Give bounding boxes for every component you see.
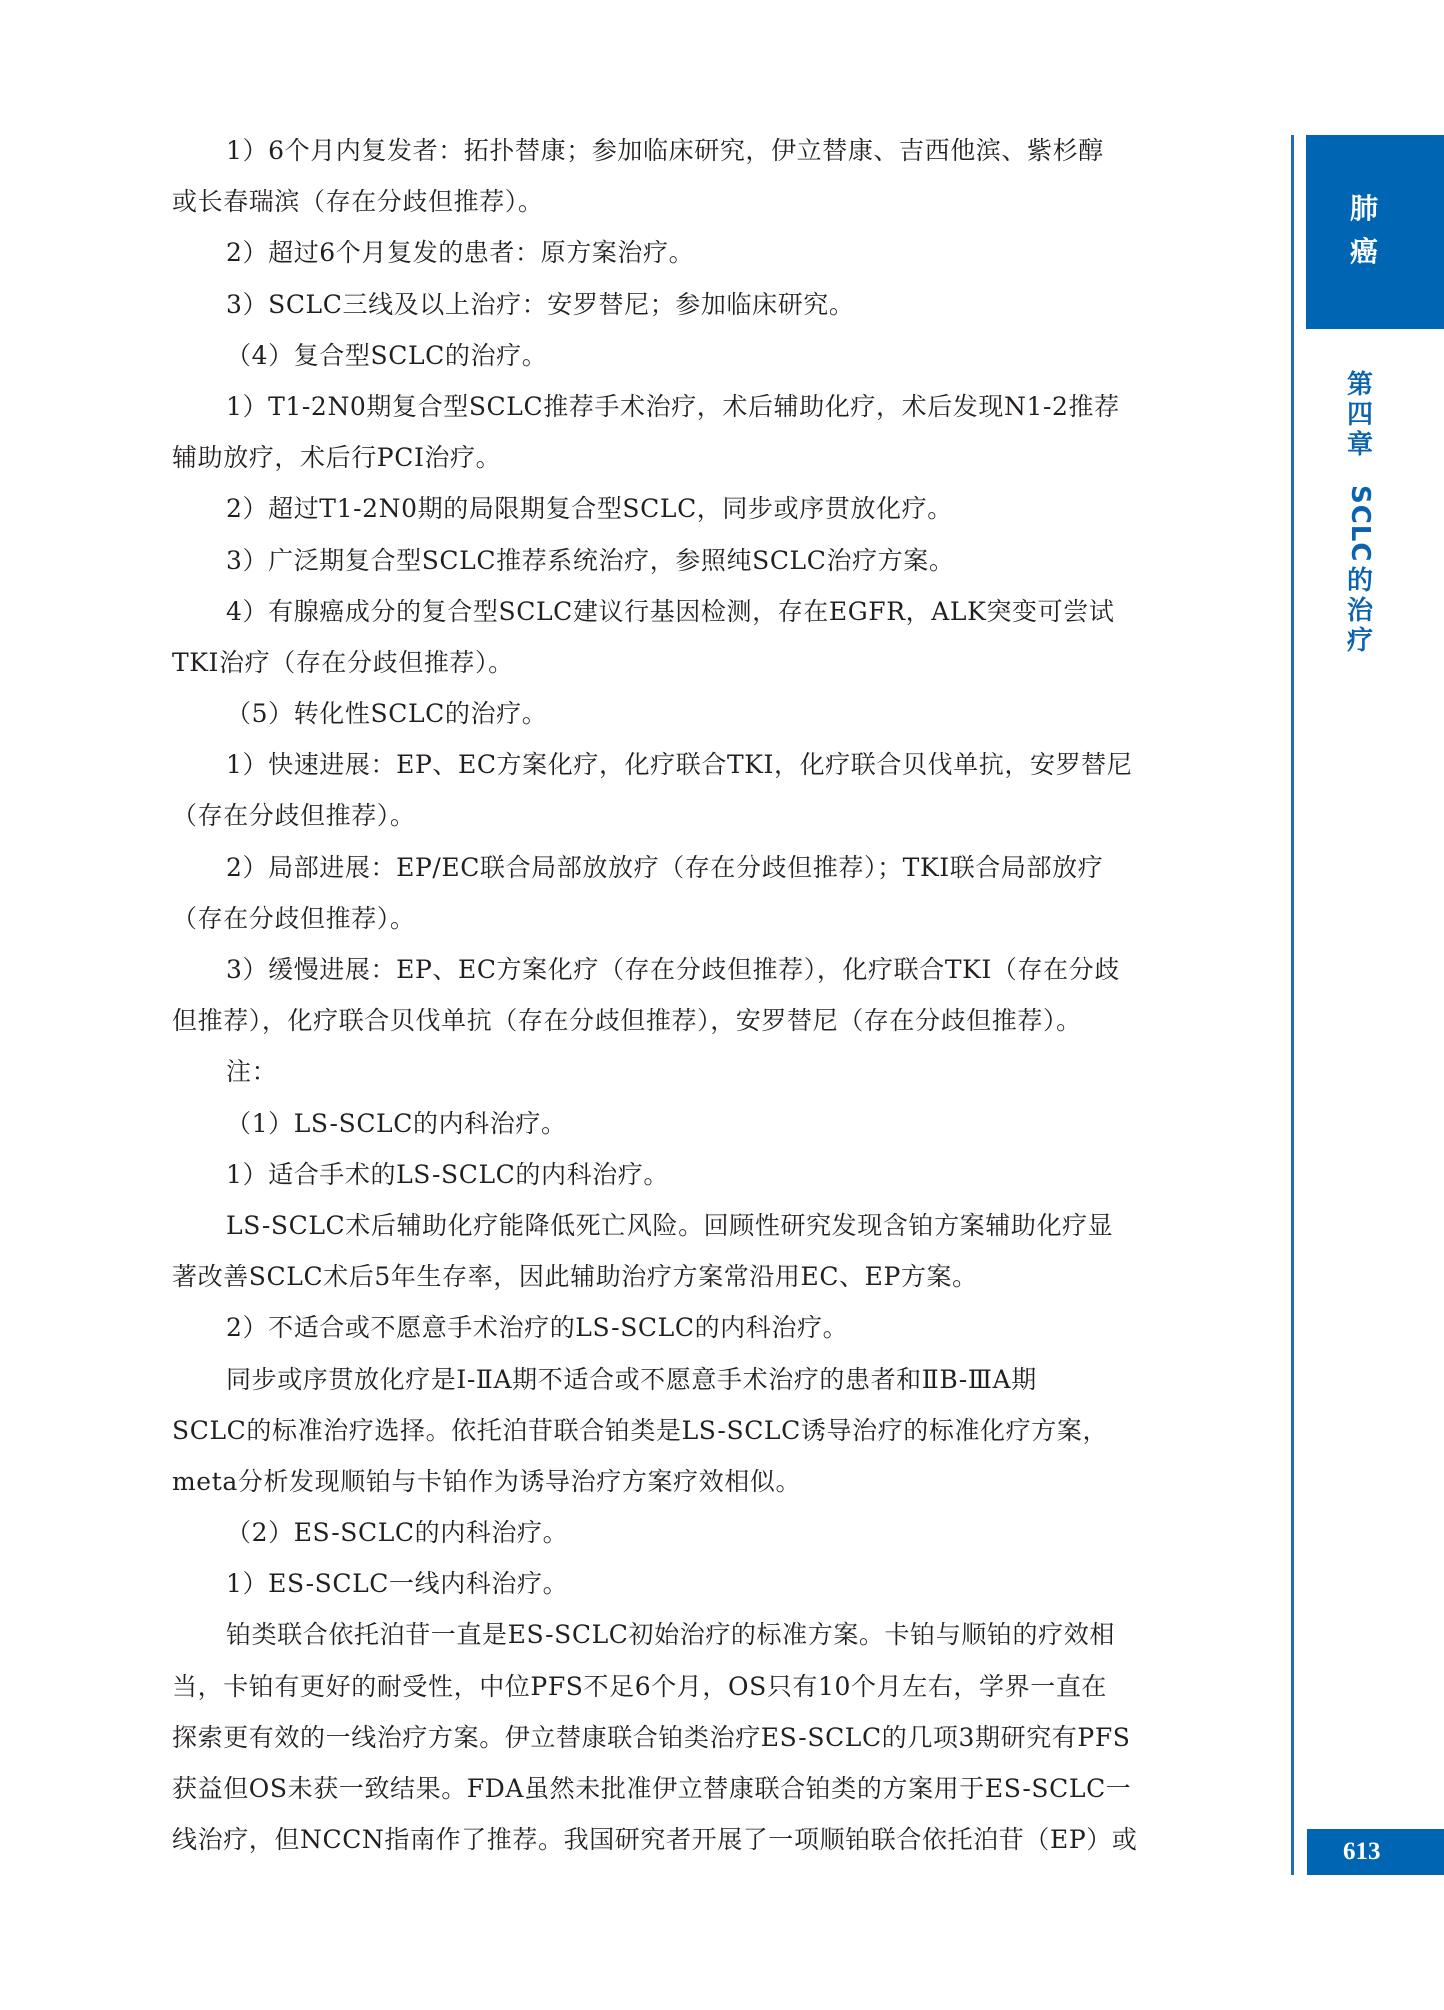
subsection-heading: 2）不适合或不愿意手术治疗的LS-SCLC的内科治疗。 bbox=[172, 1302, 1202, 1353]
section-tab-char: 肺 bbox=[1344, 187, 1384, 227]
paragraph-line: （存在分歧但推荐）。 bbox=[172, 893, 1202, 944]
paragraph-line: 获益但OS未获一致结果。FDA虽然未批准伊立替康联合铂类的方案用于ES-SCLC… bbox=[172, 1763, 1202, 1814]
page-number: 613 bbox=[1343, 1829, 1381, 1875]
chapter-char: 章 bbox=[1340, 430, 1380, 460]
body-text: 1）6个月内复发者：拓扑替康；参加临床研究，伊立替康、吉西他滨、紫杉醇 或长春瑞… bbox=[172, 125, 1202, 1865]
paragraph-line: 或长春瑞滨（存在分歧但推荐）。 bbox=[172, 176, 1202, 227]
paragraph-line: 铂类联合依托泊苷一直是ES-SCLC初始治疗的标准方案。卡铂与顺铂的疗效相 bbox=[172, 1609, 1202, 1660]
paragraph-line: 探索更有效的一线治疗方案。伊立替康联合铂类治疗ES-SCLC的几项3期研究有PF… bbox=[172, 1712, 1202, 1763]
section-heading: （2）ES-SCLC的内科治疗。 bbox=[172, 1507, 1202, 1558]
chapter-char: 四 bbox=[1340, 400, 1380, 430]
note-label: 注： bbox=[172, 1046, 1202, 1097]
section-tab-char: 癌 bbox=[1344, 230, 1384, 270]
section-heading: （1）LS-SCLC的内科治疗。 bbox=[172, 1098, 1202, 1149]
paragraph-line: 4）有腺癌成分的复合型SCLC建议行基因检测，存在EGFR，ALK突变可尝试 bbox=[172, 586, 1202, 637]
chapter-latin: SCLC bbox=[1340, 482, 1380, 566]
paragraph-line: LS-SCLC术后辅助化疗能降低死亡风险。回顾性研究发现含铂方案辅助化疗显 bbox=[172, 1200, 1202, 1251]
paragraph-line: 3）缓慢进展：EP、EC方案化疗（存在分歧但推荐），化疗联合TKI（存在分歧 bbox=[172, 944, 1202, 995]
paragraph-line: 同步或序贯放化疗是Ⅰ-ⅡA期不适合或不愿意手术治疗的患者和ⅡB-ⅢA期 bbox=[172, 1354, 1202, 1405]
paragraph-line: 2）超过6个月复发的患者：原方案治疗。 bbox=[172, 227, 1202, 278]
paragraph-line: 著改善SCLC术后5年生存率，因此辅助治疗方案常沿用EC、EP方案。 bbox=[172, 1251, 1202, 1302]
paragraph-line: 2）超过T1-2N0期的局限期复合型SCLC，同步或序贯放化疗。 bbox=[172, 483, 1202, 534]
chapter-char: 第 bbox=[1340, 370, 1380, 400]
paragraph-line: 1）快速进展：EP、EC方案化疗，化疗联合TKI，化疗联合贝伐单抗，安罗替尼 bbox=[172, 739, 1202, 790]
paragraph-line: 线治疗，但NCCN指南作了推荐。我国研究者开展了一项顺铂联合依托泊苷（EP）或 bbox=[172, 1814, 1202, 1865]
section-heading: （4）复合型SCLC的治疗。 bbox=[172, 330, 1202, 381]
paragraph-line: 辅助放疗，术后行PCI治疗。 bbox=[172, 432, 1202, 483]
chapter-char: 的 bbox=[1340, 566, 1380, 596]
chapter-char: 疗 bbox=[1340, 626, 1380, 656]
paragraph-line: 1）T1-2N0期复合型SCLC推荐手术治疗，术后辅助化疗，术后发现N1-2推荐 bbox=[172, 381, 1202, 432]
paragraph-line: 当，卡铂有更好的耐受性，中位PFS不足6个月，OS只有10个月左右，学界一直在 bbox=[172, 1661, 1202, 1712]
margin-rule bbox=[1291, 135, 1294, 1875]
paragraph-line: （存在分歧但推荐）。 bbox=[172, 790, 1202, 841]
paragraph-line: 3）SCLC三线及以上治疗：安罗替尼；参加临床研究。 bbox=[172, 279, 1202, 330]
paragraph-line: 2）局部进展：EP/EC联合局部放放疗（存在分歧但推荐）；TKI联合局部放疗 bbox=[172, 842, 1202, 893]
chapter-title-vertical: 第 四 章 SCLC 的 治 疗 bbox=[1340, 370, 1380, 656]
paragraph-line: 但推荐），化疗联合贝伐单抗（存在分歧但推荐），安罗替尼（存在分歧但推荐）。 bbox=[172, 995, 1202, 1046]
subsection-heading: 1）ES-SCLC一线内科治疗。 bbox=[172, 1558, 1202, 1609]
chapter-char: 治 bbox=[1340, 596, 1380, 626]
subsection-heading: 1）适合手术的LS-SCLC的内科治疗。 bbox=[172, 1149, 1202, 1200]
paragraph-line: meta分析发现顺铂与卡铂作为诱导治疗方案疗效相似。 bbox=[172, 1456, 1202, 1507]
section-tab-lung-cancer: 肺 癌 bbox=[1306, 135, 1444, 329]
page-number-box: 613 bbox=[1307, 1829, 1444, 1875]
paragraph-line: 3）广泛期复合型SCLC推荐系统治疗，参照纯SCLC治疗方案。 bbox=[172, 535, 1202, 586]
paragraph-line: 1）6个月内复发者：拓扑替康；参加临床研究，伊立替康、吉西他滨、紫杉醇 bbox=[172, 125, 1202, 176]
paragraph-line: TKI治疗（存在分歧但推荐）。 bbox=[172, 637, 1202, 688]
section-heading: （5）转化性SCLC的治疗。 bbox=[172, 688, 1202, 739]
paragraph-line: SCLC的标准治疗选择。依托泊苷联合铂类是LS-SCLC诱导治疗的标准化疗方案， bbox=[172, 1405, 1202, 1456]
